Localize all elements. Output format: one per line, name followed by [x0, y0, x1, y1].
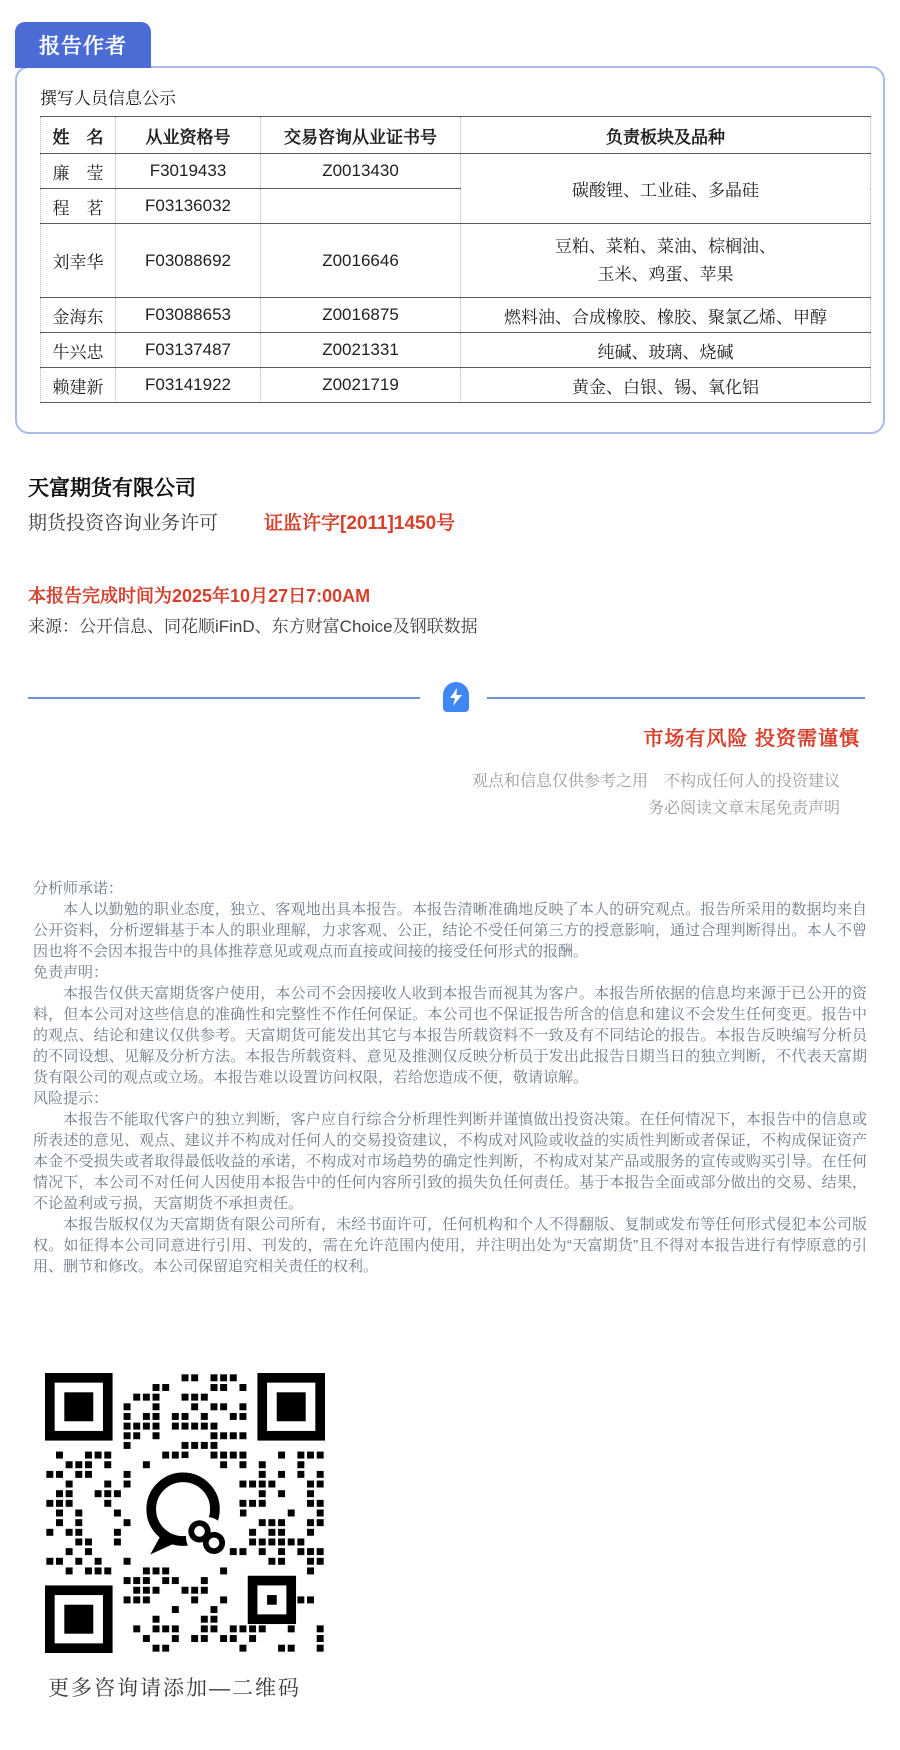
cell-sectors: 豆粕、菜粕、菜油、棕榈油、 玉米、鸡蛋、苹果 — [461, 224, 871, 298]
cell-certificate: Z0016875 — [261, 298, 461, 333]
cell-name: 刘幸华 — [41, 224, 116, 298]
table-row: 刘幸华 F03088692 Z0016646 豆粕、菜粕、菜油、棕榈油、 玉米、… — [41, 224, 871, 298]
panel-title: 撰写人员信息公示 — [40, 84, 176, 109]
copyright-body: 本报告版权仅为天富期货有限公司所有，未经书面许可，任何机构和个人不得翻版、复制或… — [33, 1214, 867, 1277]
table-row: 廉 莹 F3019433 Z0013430 碳酸锂、工业硅、多晶硅 — [41, 154, 871, 189]
col-header-name: 姓 名 — [41, 117, 116, 154]
cell-certificate — [261, 189, 461, 224]
report-author-tab: 报告作者 — [15, 22, 151, 68]
cell-certificate: Z0013430 — [261, 154, 461, 189]
table-header-row: 姓 名 从业资格号 交易咨询从业证书号 负责板块及品种 — [41, 117, 871, 154]
waiver-body: 本报告仅供天富期货客户使用，本公司不会因接收人收到本报告而视其为客户。本报告所依… — [33, 983, 867, 1088]
disclaimer-block: 分析师承诺： 本人以勤勉的职业态度，独立、客观地出具本报告。本报告清晰准确地反映… — [33, 878, 867, 1277]
divider-line-right — [487, 697, 865, 699]
divider-line-left — [28, 697, 420, 699]
cell-qualification: F03141922 — [116, 368, 261, 403]
cell-name: 金海东 — [41, 298, 116, 333]
report-page: 报告作者 撰写人员信息公示 姓 名 从业资格号 交易咨询从业证书号 负责板块及品… — [0, 0, 900, 1750]
qr-code-image — [45, 1373, 325, 1653]
cell-name: 廉 莹 — [41, 154, 116, 189]
cell-qualification: F3019433 — [116, 154, 261, 189]
waiver-title: 免责声明： — [33, 962, 867, 983]
qr-code — [45, 1373, 325, 1653]
license-line: 期货投资咨询业务许可证监许字[2011]1450号 — [28, 508, 455, 535]
report-completed-time: 本报告完成时间为2025年10月27日7:00AM — [28, 582, 370, 608]
analyst-commitment-body: 本人以勤勉的职业态度，独立、客观地出具本报告。本报告清晰准确地反映了本人的研究观… — [33, 899, 867, 962]
lightning-bolt-glyph — [449, 688, 463, 706]
qr-caption: 更多咨询请添加—二维码 — [48, 1672, 301, 1702]
col-header-sectors: 负责板块及品种 — [461, 117, 871, 154]
table-row: 金海东 F03088653 Z0016875 燃料油、合成橡胶、橡胶、聚氯乙烯、… — [41, 298, 871, 333]
cell-certificate: Z0016646 — [261, 224, 461, 298]
col-header-qualification: 从业资格号 — [116, 117, 261, 154]
report-author-tab-label: 报告作者 — [39, 30, 127, 60]
license-label: 期货投资咨询业务许可 — [28, 513, 218, 534]
cell-qualification: F03137487 — [116, 333, 261, 368]
cell-sectors: 燃料油、合成橡胶、橡胶、聚氯乙烯、甲醇 — [461, 298, 871, 333]
analyst-commitment-title: 分析师承诺： — [33, 878, 867, 899]
cell-certificate: Z0021719 — [261, 368, 461, 403]
risk-notice-title: 风险提示： — [33, 1088, 867, 1109]
cell-name: 程 茗 — [41, 189, 116, 224]
table-row: 牛兴忠 F03137487 Z0021331 纯碱、玻璃、烧碱 — [41, 333, 871, 368]
reference-note-line1: 观点和信息仅供参考之用 不构成任何人的投资建议 — [472, 768, 840, 791]
cell-qualification: F03136032 — [116, 189, 261, 224]
staff-info-table: 姓 名 从业资格号 交易咨询从业证书号 负责板块及品种 廉 莹 F3019433… — [40, 116, 871, 403]
data-source-line: 来源：公开信息、同花顺iFinD、东方财富Choice及钢联数据 — [28, 612, 478, 637]
table-row: 赖建新 F03141922 Z0021719 黄金、白银、锡、氧化铝 — [41, 368, 871, 403]
license-number: 证监许字[2011]1450号 — [264, 513, 455, 534]
company-name: 天富期货有限公司 — [28, 472, 196, 502]
cell-sectors: 黄金、白银、锡、氧化铝 — [461, 368, 871, 403]
cell-name: 赖建新 — [41, 368, 116, 403]
lightning-icon — [443, 682, 469, 712]
cell-sectors: 纯碱、玻璃、烧碱 — [461, 333, 871, 368]
cell-qualification: F03088653 — [116, 298, 261, 333]
market-risk-warning: 市场有风险 投资需谨慎 — [643, 722, 860, 751]
cell-name: 牛兴忠 — [41, 333, 116, 368]
cell-sectors-merged: 碳酸锂、工业硅、多晶硅 — [461, 154, 871, 224]
cell-qualification: F03088692 — [116, 224, 261, 298]
col-header-certificate: 交易咨询从业证书号 — [261, 117, 461, 154]
cell-certificate: Z0021331 — [261, 333, 461, 368]
risk-notice-body: 本报告不能取代客户的独立判断，客户应自行综合分析理性判断并谨慎做出投资决策。在任… — [33, 1109, 867, 1214]
reference-note-line2: 务必阅读文章末尾免责声明 — [648, 795, 840, 818]
